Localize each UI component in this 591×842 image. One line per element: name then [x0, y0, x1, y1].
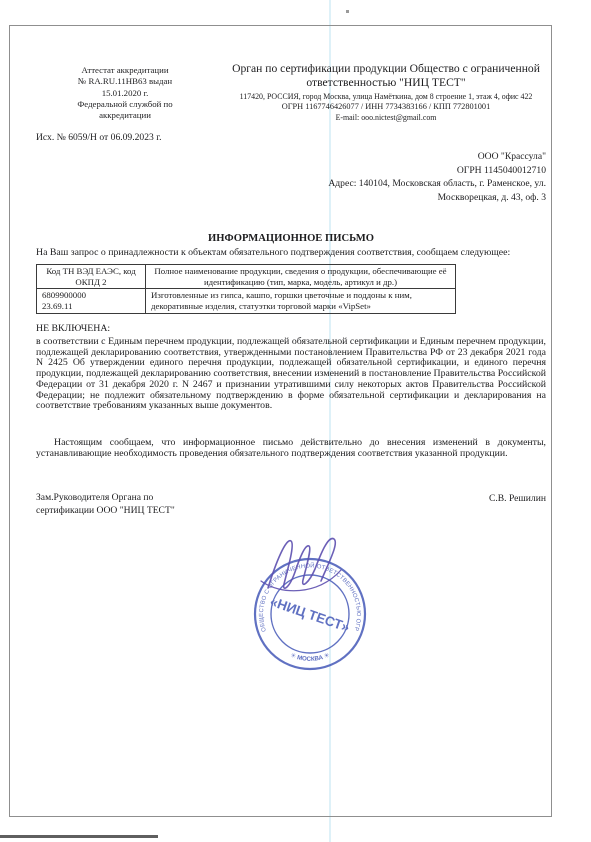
outgoing-reference: Исх. № 6059/Н от 06.09.2023 г. — [36, 132, 546, 143]
table-row: 6809900000 23.69.11 Изготовленные из гип… — [37, 289, 456, 313]
product-table: Код ТН ВЭД ЕАЭС, код ОКПД 2 Полное наиме… — [36, 264, 456, 314]
scan-edge-mark — [0, 835, 158, 838]
document-page: Аттестат аккредитации № RA.RU.11НВ63 выд… — [0, 0, 591, 842]
letterhead: Аттестат аккредитации № RA.RU.11НВ63 выд… — [36, 62, 546, 123]
accreditation-line: 15.01.2020 г. — [36, 88, 214, 99]
stamp-svg: ОБЩЕСТВО С ОГРАНИЧЕННОЙ ОТВЕТСТВЕННОСТЬЮ… — [248, 532, 380, 684]
certification-body-registration: ОГРН 1167746426077 / ИНН 7734383166 / КП… — [226, 102, 546, 113]
stamp-center-text: «НИЦ ТЕСТ» — [268, 594, 351, 635]
recipient-line: Москворецкая, д. 43, оф. 3 — [196, 191, 546, 205]
signer-name: С.В. Решилин — [489, 492, 546, 518]
certification-body-name: Орган по сертификации продукции Общество… — [226, 62, 546, 91]
certification-body-block: Орган по сертификации продукции Общество… — [214, 62, 546, 123]
letter-content: Аттестат аккредитации № RA.RU.11НВ63 выд… — [36, 62, 546, 518]
recipient-line: ОГРН 1145040012710 — [196, 164, 546, 178]
recipient-line: Адрес: 140104, Московская область, г. Ра… — [196, 177, 546, 191]
intro-paragraph: На Ваш запрос о принадлежности к объекта… — [36, 247, 546, 259]
table-cell-codes: 6809900000 23.69.11 — [37, 289, 146, 313]
scan-speck — [346, 10, 349, 13]
round-stamp: ОБЩЕСТВО С ОГРАНИЧЕННОЙ ОТВЕТСТВЕННОСТЬЮ… — [248, 532, 365, 669]
not-included-heading: НЕ ВКЛЮЧЕНА: — [36, 323, 546, 334]
accreditation-line: Федеральной службой по — [36, 99, 214, 110]
table-header-row: Код ТН ВЭД ЕАЭС, код ОКПД 2 Полное наиме… — [37, 264, 456, 288]
stamp-and-signature: ОБЩЕСТВО С ОГРАНИЧЕННОЙ ОТВЕТСТВЕННОСТЬЮ… — [248, 532, 380, 684]
signer-position-line: Зам.Руководителя Органа по — [36, 492, 175, 505]
accreditation-line: Аттестат аккредитации — [36, 65, 214, 76]
table-header-description: Полное наименование продукции, сведения … — [146, 264, 456, 288]
accreditation-line: № RA.RU.11НВ63 выдан — [36, 76, 214, 87]
accreditation-line: аккредитации — [36, 110, 214, 121]
validity-paragraph: Настоящим сообщаем, что информационное п… — [36, 438, 546, 476]
legal-paragraph: в соответствии с Единым перечнем продукц… — [36, 337, 546, 431]
signer-position-line: сертификации ООО "НИЦ ТЕСТ" — [36, 505, 175, 518]
signature-row: Зам.Руководителя Органа по сертификации … — [36, 492, 546, 518]
accreditation-block: Аттестат аккредитации № RA.RU.11НВ63 выд… — [36, 62, 214, 123]
recipient-line: ООО "Крассула" — [196, 150, 546, 164]
certification-body-address: 117420, РОССИЯ, город Москва, улица Намё… — [226, 92, 546, 102]
certification-body-email: E-mail: ooo.nictest@gmail.com — [226, 113, 546, 123]
letter-title: ИНФОРМАЦИОННОЕ ПИСЬМО — [36, 233, 546, 244]
table-header-codes: Код ТН ВЭД ЕАЭС, код ОКПД 2 — [37, 264, 146, 288]
signer-position: Зам.Руководителя Органа по сертификации … — [36, 492, 175, 518]
recipient-block: ООО "Крассула" ОГРН 1145040012710 Адрес:… — [196, 150, 546, 204]
table-cell-description: Изготовленные из гипса, кашпо, горшки цв… — [146, 289, 456, 313]
